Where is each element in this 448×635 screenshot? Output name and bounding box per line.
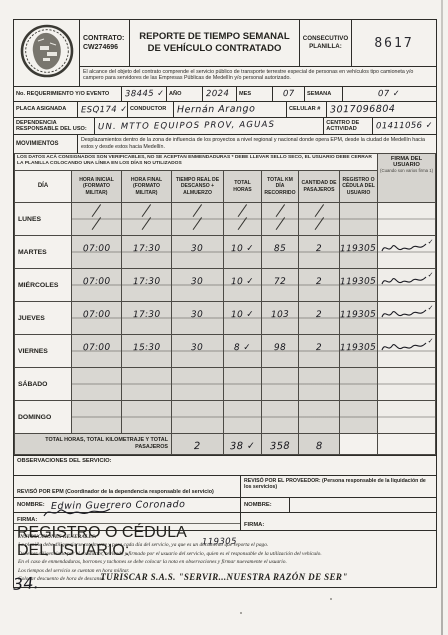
cell-registro: [340, 368, 378, 401]
cell-total-horas: 10 ✓: [224, 269, 262, 302]
cell-pasajeros: 2: [299, 302, 340, 335]
user-signature: [380, 274, 428, 292]
table-row-lunes: LUNES: [15, 203, 436, 236]
firma-proveedor-label: FIRMA:: [244, 522, 264, 528]
requerimiento-label: No. REQUERIMIENTO Y/O EVENTO: [14, 87, 122, 101]
dependencia-label: DEPENDENCIA RESPONSABLE DEL USO:: [14, 118, 95, 134]
cell-pasajeros: [299, 368, 340, 401]
centro-actividad-value: 01411056 ✓: [373, 118, 436, 134]
strike-slash: [275, 204, 285, 217]
total-descanso: 2: [172, 434, 224, 455]
cell-pasajeros: 2: [299, 269, 340, 302]
day-label: LUNES: [15, 203, 72, 236]
cell-km: [262, 368, 299, 401]
entity-seal-icon: [20, 23, 74, 84]
nombre-proveedor-label-wrap: NOMBRE:: [241, 498, 289, 512]
cell-crossed: [224, 203, 262, 236]
cell-hora-inicial: [72, 401, 122, 434]
placa-label: PLACA ASIGNADA: [14, 102, 78, 117]
cell-hora-inicial: 07:00: [72, 302, 122, 335]
centro-actividad-label: CENTRO DE ACTIVIDAD: [324, 118, 373, 134]
strike-slash: [275, 218, 285, 231]
cell-registro: 119305: [340, 236, 378, 269]
cell-descanso: [172, 368, 224, 401]
company-slogan: TURISCAR S.A.S. "SERVIR...NUESTRA RAZÓN …: [0, 572, 448, 582]
scanned-form-page: CONTRATO: CW274696 REPORTE DE TIEMPO SEM…: [0, 0, 448, 635]
totals-row: TOTAL HORAS, TOTAL KILOMETRAJE Y TOTAL P…: [15, 434, 436, 455]
cell-km: 72: [262, 269, 299, 302]
cell-total-horas: 10 ✓: [224, 236, 262, 269]
total-horas: 38 ✓: [224, 434, 262, 455]
total-pasajeros: 8: [299, 434, 340, 455]
strike-slash: [314, 204, 324, 217]
cell-descanso: [172, 401, 224, 434]
strike-slash: [238, 218, 248, 231]
cell-hora-inicial: 07:00: [72, 236, 122, 269]
reviso-epm-label: REVISÓ POR EPM (Coordinador de la depend…: [14, 476, 240, 497]
nombre-row: NOMBRE: Edwin Guerrero Coronado NOMBRE:: [14, 497, 436, 512]
table-row-viernes: VIERNES 07:00 15:30 30 8 ✓ 98 2 119305 ✓: [15, 335, 436, 368]
cell-hora-final: 17:30: [122, 302, 172, 335]
semana-value: 07 ✓: [343, 87, 436, 101]
cell-firma: [378, 203, 436, 236]
cell-hora-inicial: 07:00: [72, 269, 122, 302]
cell-registro: 119305: [340, 302, 378, 335]
page-number: 34.: [12, 573, 39, 594]
cell-descanso: 30: [172, 335, 224, 368]
semana-label: SEMANA: [305, 87, 343, 101]
user-signature: [380, 241, 428, 259]
cell-descanso: 30: [172, 302, 224, 335]
strike-slash: [142, 218, 152, 231]
cell-km: 98: [262, 335, 299, 368]
strike-slash: [193, 204, 203, 217]
col-header-pasajeros: CANTIDAD DE PASAJEROS: [299, 171, 340, 203]
instruction-line: En el caso de enmendaduras, borrones y t…: [18, 558, 432, 566]
user-signature: [380, 340, 428, 358]
row-placa-conductor: PLACA ASIGNADA ESQ174 ✓ CONDUCTOR Hernán…: [14, 101, 436, 117]
cell-hora-inicial: [72, 368, 122, 401]
notice-row: LOS DATOS ACÁ CONSIGNADOS SON VERIFICABL…: [15, 154, 436, 171]
signature-check: ✓: [428, 304, 434, 312]
col-header-dia: DÍA: [15, 171, 72, 203]
cell-crossed: [72, 203, 122, 236]
col-header-km: TOTAL KM DÍA RECORRIDO: [262, 171, 299, 203]
nombre-proveedor-value: [289, 498, 436, 512]
nombre-epm-value: Edwin Guerrero Coronado: [51, 499, 186, 512]
strike-slash: [92, 218, 102, 231]
cell-km: 85: [262, 236, 299, 269]
contract-number: CW274696: [83, 44, 126, 51]
cell-hora-final: 17:30: [122, 236, 172, 269]
cell-total-horas: 8 ✓: [224, 335, 262, 368]
cell-hora-final: [122, 368, 172, 401]
col-header-registro: REGISTRO O CÉDULA DEL USUARIO: [340, 171, 378, 203]
cell-firma: ✓: [378, 236, 436, 269]
contract-cell: CONTRATO: CW274696: [80, 20, 130, 66]
totals-label: TOTAL HORAS, TOTAL KILOMETRAJE Y TOTAL P…: [15, 434, 172, 455]
placa-value: ESQ174 ✓: [78, 102, 128, 117]
celular-value: 3017096804: [327, 102, 436, 117]
col-header-hora-inicial: HORA INICIAL (FORMATO MILITAR): [72, 171, 122, 203]
cell-km: 103: [262, 302, 299, 335]
paper-edge-shadow: [441, 0, 443, 635]
cell-hora-final: 15:30: [122, 335, 172, 368]
col-header-total-horas: TOTAL HORAS: [224, 171, 262, 203]
cell-registro: [340, 401, 378, 434]
observaciones-label: OBSERVACIONES DEL SERVICIO:: [14, 455, 436, 475]
col-header-descanso: TIEMPO REAL DE DESCANSO + ALMUERZO: [172, 171, 224, 203]
firma-row: FIRMA: REGISTRO O CÉDULA DEL USUARIO: 11…: [14, 512, 436, 530]
cell-crossed: [172, 203, 224, 236]
ano-label: AÑO: [167, 87, 203, 101]
day-label: DOMINGO: [15, 401, 72, 434]
cell-hora-final: 17:30: [122, 269, 172, 302]
movimientos-label: MOVIMIENTOS: [14, 135, 78, 153]
form-sheet: CONTRATO: CW274696 REPORTE DE TIEMPO SEM…: [13, 19, 437, 588]
reviso-proveedor-label: REVISÓ POR EL PROVEEDOR: (Persona respon…: [240, 476, 436, 497]
column-header-row: DÍA HORA INICIAL (FORMATO MILITAR) HORA …: [15, 171, 436, 203]
header-right: CONTRATO: CW274696 REPORTE DE TIEMPO SEM…: [80, 20, 436, 86]
cell-hora-final: [122, 401, 172, 434]
day-label: MIÉRCOLES: [15, 269, 72, 302]
requerimiento-value: 38445 ✓: [122, 87, 167, 101]
signature-check: ✓: [428, 337, 434, 345]
cell-total-horas: [224, 401, 262, 434]
dependencia-value: UN. MTTO EQUIPOS PROV, AGUAS: [95, 118, 324, 134]
contract-scope-text: El alcance del objeto del contrato compr…: [80, 67, 436, 86]
cell-firma: ✓: [378, 302, 436, 335]
table-row-martes: MARTES 07:00 17:30 30 10 ✓ 85 2 119305 ✓: [15, 236, 436, 269]
strike-slash: [142, 204, 152, 217]
totals-empty-cell: [378, 434, 436, 455]
row-dependencia: DEPENDENCIA RESPONSABLE DEL USO: UN. MTT…: [14, 117, 436, 134]
cell-firma: [378, 368, 436, 401]
cell-crossed: [299, 203, 340, 236]
strike-slash: [92, 204, 102, 217]
firma-usuario-header-cell: FIRMA DEL USUARIO (Cuando son varios fir…: [378, 154, 436, 203]
cell-registro: 119305: [340, 269, 378, 302]
consecutivo-value: 8617: [352, 20, 436, 66]
table-row-miercoles: MIÉRCOLES 07:00 17:30 30 10 ✓ 72 2 11930…: [15, 269, 436, 302]
reviso-row: REVISÓ POR EPM (Coordinador de la depend…: [14, 475, 436, 497]
day-label: SÁBADO: [15, 368, 72, 401]
verifiable-notice: LOS DATOS ACÁ CONSIGNADOS SON VERIFICABL…: [15, 154, 378, 171]
cell-firma: ✓: [378, 269, 436, 302]
cell-crossed: [122, 203, 172, 236]
signature-check: ✓: [428, 238, 434, 246]
header-title-row: CONTRATO: CW274696 REPORTE DE TIEMPO SEM…: [80, 20, 436, 67]
cell-pasajeros: 2: [299, 335, 340, 368]
form-header: CONTRATO: CW274696 REPORTE DE TIEMPO SEM…: [14, 20, 436, 86]
nombre-proveedor-cell: NOMBRE:: [240, 498, 436, 512]
consecutivo-label: CONSECUTIVO PLANILLA:: [300, 20, 352, 66]
instruction-line: Debe ser diligenciado por el conductor, …: [18, 550, 432, 558]
firma-epm-line: FIRMA:: [14, 513, 240, 523]
user-signature: [380, 307, 428, 325]
form-title: REPORTE DE TIEMPO SEMANAL DE VEHÍCULO CO…: [130, 20, 300, 66]
day-label: JUEVES: [15, 302, 72, 335]
row-movimientos: MOVIMIENTOS Desplazamientos dentro de la…: [14, 134, 436, 153]
table-row-jueves: JUEVES 07:00 17:30 30 10 ✓ 103 2 119305 …: [15, 302, 436, 335]
conductor-value: Hernán Arango: [174, 102, 287, 117]
mes-label: MES: [237, 87, 273, 101]
weekly-report-table: LOS DATOS ACÁ CONSIGNADOS SON VERIFICABL…: [14, 153, 436, 455]
celular-label: CELULAR #: [287, 102, 327, 117]
cell-registro: [340, 203, 378, 236]
totals-empty-cell: [340, 434, 378, 455]
cell-km: [262, 401, 299, 434]
cell-total-horas: [224, 368, 262, 401]
cell-pasajeros: 2: [299, 236, 340, 269]
firma-usuario-subtext: (Cuando son varios firma 1): [378, 168, 435, 173]
contract-label: CONTRATO:: [83, 35, 126, 42]
logo-cell: [14, 20, 80, 86]
strike-slash: [314, 218, 324, 231]
strike-slash: [193, 218, 203, 231]
col-header-hora-final: HORA FINAL (FORMATO MILITAR): [122, 171, 172, 203]
conductor-label: CONDUCTOR: [128, 102, 174, 117]
cell-registro: 119305: [340, 335, 378, 368]
cell-descanso: 30: [172, 236, 224, 269]
cell-descanso: 30: [172, 269, 224, 302]
cell-firma: ✓: [378, 335, 436, 368]
day-label: MARTES: [15, 236, 72, 269]
scan-speck: [240, 612, 242, 614]
ano-value: 2024: [203, 87, 237, 101]
strike-slash: [238, 204, 248, 217]
nombre-label: NOMBRE:: [17, 502, 45, 508]
mes-value: 07: [273, 87, 305, 101]
table-row-domingo: DOMINGO: [15, 401, 436, 434]
scan-speck: [330, 598, 332, 600]
day-label: VIERNES: [15, 335, 72, 368]
cell-crossed: [262, 203, 299, 236]
table-row-sabado: SÁBADO: [15, 368, 436, 401]
signature-check: ✓: [428, 271, 434, 279]
firma-usuario-header: FIRMA DEL USUARIO: [378, 156, 435, 168]
firma-epm-cell: FIRMA: REGISTRO O CÉDULA DEL USUARIO: 11…: [14, 513, 240, 530]
row-requerimiento: No. REQUERIMIENTO Y/O EVENTO 38445 ✓ AÑO…: [14, 86, 436, 101]
cell-hora-inicial: 07:00: [72, 335, 122, 368]
cell-firma: [378, 401, 436, 434]
cell-pasajeros: [299, 401, 340, 434]
cell-total-horas: 10 ✓: [224, 302, 262, 335]
registro-usuario-value: 119305: [202, 537, 237, 547]
firma-proveedor-cell: FIRMA:: [240, 513, 436, 530]
movimientos-text: Desplazamientos dentro de la zona de inf…: [78, 135, 436, 153]
total-km: 358: [262, 434, 299, 455]
